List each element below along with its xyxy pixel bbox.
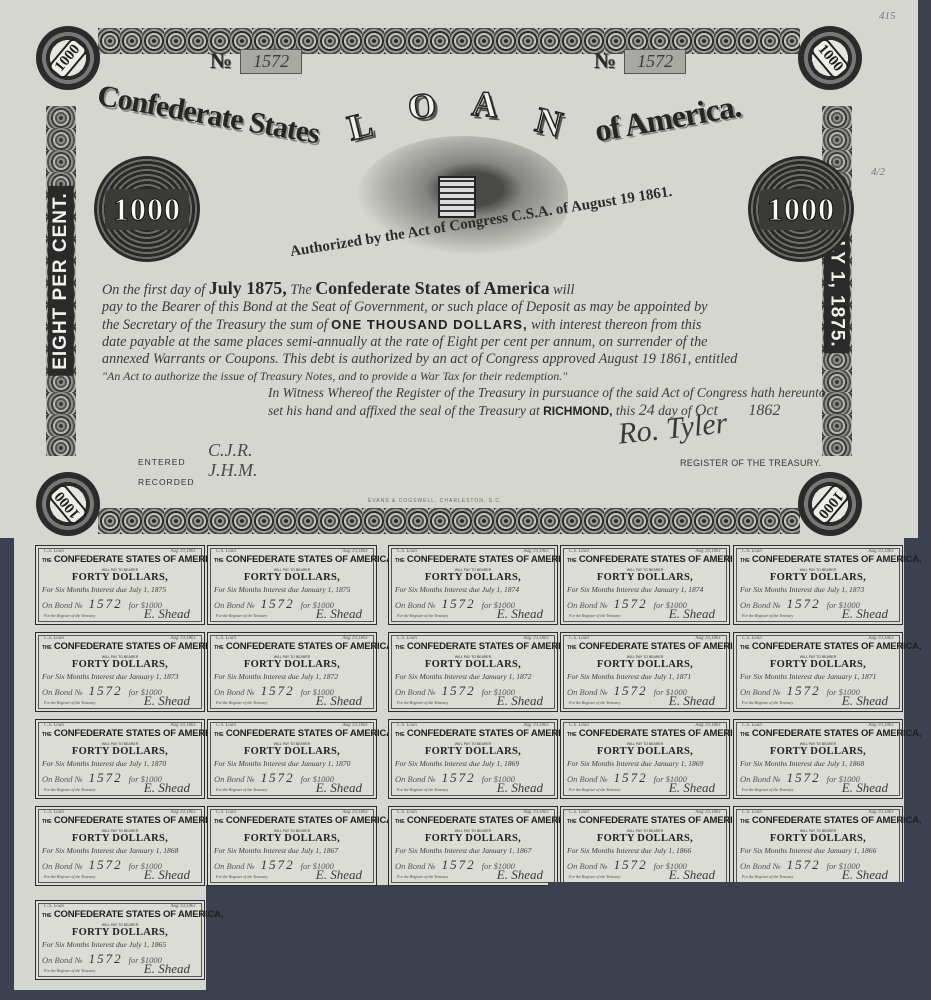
coupon-due-date: For Six Months Interest due January 1, 1…	[567, 585, 723, 594]
shield-icon	[438, 176, 476, 218]
coupon-title: THE CONFEDERATE STATES OF AMERICA,	[42, 815, 198, 826]
coupon-due-date: For Six Months Interest due July 1, 1866	[567, 846, 723, 855]
coupon-register-label: For the Register of the Treasury	[44, 613, 95, 618]
coupon-register-label: For the Register of the Treasury	[397, 787, 448, 792]
bond-body-text: On the first day of July 1875, The Confe…	[102, 280, 808, 385]
coupon-title: THE CONFEDERATE STATES OF AMERICA,	[395, 815, 551, 826]
coupon-amount: FORTY DOLLARS,	[734, 833, 902, 844]
coupon-amount: FORTY DOLLARS,	[389, 746, 557, 757]
coupon-title: THE CONFEDERATE STATES OF AMERICA,	[214, 728, 370, 739]
coupon-title: THE CONFEDERATE STATES OF AMERICA,	[214, 641, 370, 652]
corner-denomination-icon: 1000	[798, 472, 862, 536]
coupon-signature: E. Shead	[316, 867, 362, 883]
interest-coupon: C.S. LoanAug 19,1861THE CONFEDERATE STAT…	[388, 719, 558, 799]
coupon-signature: E. Shead	[669, 606, 715, 622]
coupon-register-label: For the Register of the Treasury	[569, 787, 620, 792]
coupon-due-date: For Six Months Interest due July 1, 1875	[42, 585, 198, 594]
interest-coupon: C.S. LoanAug 19,1861THE CONFEDERATE STAT…	[733, 545, 903, 625]
coupon-amount: FORTY DOLLARS,	[389, 572, 557, 583]
corner-denomination-icon: 1000	[36, 26, 100, 90]
maturity-date: July 1875,	[209, 278, 287, 298]
coupon-register-label: For the Register of the Treasury	[397, 700, 448, 705]
coupon-register-label: For the Register of the Treasury	[44, 874, 95, 879]
coupon-register-label: For the Register of the Treasury	[216, 700, 267, 705]
coupon-title: THE CONFEDERATE STATES OF AMERICA,	[42, 554, 198, 565]
coupon-title: THE CONFEDERATE STATES OF AMERICA,	[740, 554, 896, 565]
coupon-amount: FORTY DOLLARS,	[734, 746, 902, 757]
interest-coupon: C.S. LoanAug 19,1861THE CONFEDERATE STAT…	[35, 900, 205, 980]
ornamental-border-top	[98, 28, 800, 54]
principal-amount: ONE THOUSAND DOLLARS,	[331, 317, 528, 332]
coupon-signature: E. Shead	[144, 867, 190, 883]
coupon-due-date: For Six Months Interest due January 1, 1…	[740, 672, 896, 681]
coupon-due-date: For Six Months Interest due January 1, 1…	[214, 585, 370, 594]
coupon-due-date: For Six Months Interest due July 1, 1869	[395, 759, 551, 768]
coupon-amount: FORTY DOLLARS,	[734, 659, 902, 670]
coupon-register-label: For the Register of the Treasury	[44, 787, 95, 792]
issue-year: 1862	[748, 402, 780, 419]
printer-imprint: EVANS & COGSWELL, CHARLESTON, S.C.	[368, 498, 502, 504]
denomination-medallion-left: 1000	[94, 156, 200, 262]
coupon-signature: E. Shead	[842, 780, 888, 796]
coupon-register-label: For the Register of the Treasury	[742, 874, 793, 879]
coupon-register-label: For the Register of the Treasury	[742, 613, 793, 618]
coupon-signature: E. Shead	[497, 606, 543, 622]
interest-coupon: C.S. LoanAug 19,1861THE CONFEDERATE STAT…	[560, 632, 730, 712]
coupon-title: THE CONFEDERATE STATES OF AMERICA,	[567, 641, 723, 652]
corner-denomination-icon: 1000	[798, 26, 862, 90]
coupon-signature: E. Shead	[316, 780, 362, 796]
serial-value: 1572	[624, 49, 686, 74]
pencil-note: 415	[879, 10, 896, 22]
interest-coupon: C.S. LoanAug 19,1861THE CONFEDERATE STAT…	[35, 545, 205, 625]
coupon-signature: E. Shead	[669, 867, 715, 883]
number-sign: №	[210, 48, 232, 74]
coupon-due-date: For Six Months Interest due January 1, 1…	[214, 759, 370, 768]
interest-coupon: C.S. LoanAug 19,1861THE CONFEDERATE STAT…	[388, 806, 558, 886]
sheet-edge-gap	[548, 882, 908, 892]
coupon-signature: E. Shead	[497, 780, 543, 796]
coupon-register-label: For the Register of the Treasury	[569, 700, 620, 705]
bond-certificate: EIGHT PER CENT. JULY 1, 1875. 1000 1000 …	[38, 28, 860, 534]
coupon-signature: E. Shead	[842, 606, 888, 622]
interest-coupon: C.S. LoanAug 19,1861THE CONFEDERATE STAT…	[207, 632, 377, 712]
coupon-due-date: For Six Months Interest due July 1, 1873	[740, 585, 896, 594]
coupon-due-date: For Six Months Interest due January 1, 1…	[42, 846, 198, 855]
coupon-due-date: For Six Months Interest due January 1, 1…	[395, 846, 551, 855]
coupon-register-label: For the Register of the Treasury	[216, 787, 267, 792]
coupon-register-label: For the Register of the Treasury	[216, 613, 267, 618]
corner-denomination-icon: 1000	[36, 472, 100, 536]
interest-rate-label: EIGHT PER CENT.	[48, 186, 74, 376]
coupon-signature: E. Shead	[842, 867, 888, 883]
coupon-title: THE CONFEDERATE STATES OF AMERICA,	[42, 641, 198, 652]
interest-coupon: C.S. LoanAug 19,1861THE CONFEDERATE STAT…	[560, 545, 730, 625]
coupon-register-label: For the Register of the Treasury	[569, 874, 620, 879]
coupon-register-label: For the Register of the Treasury	[44, 968, 95, 973]
coupon-due-date: For Six Months Interest due January 1, 1…	[740, 846, 896, 855]
coupon-due-date: For Six Months Interest due January 1, 1…	[567, 759, 723, 768]
coupon-amount: FORTY DOLLARS,	[734, 572, 902, 583]
coupon-amount: FORTY DOLLARS,	[208, 833, 376, 844]
coupon-title: THE CONFEDERATE STATES OF AMERICA,	[740, 728, 896, 739]
coupon-register-label: For the Register of the Treasury	[742, 700, 793, 705]
coupon-amount: FORTY DOLLARS,	[208, 659, 376, 670]
coupon-amount: FORTY DOLLARS,	[561, 746, 729, 757]
coupon-signature: E. Shead	[497, 867, 543, 883]
coupon-register-label: For the Register of the Treasury	[742, 787, 793, 792]
denomination-medallion-right: 1000	[748, 156, 854, 262]
coupon-amount: FORTY DOLLARS,	[36, 927, 204, 938]
coupon-signature: E. Shead	[669, 780, 715, 796]
coupon-amount: FORTY DOLLARS,	[36, 833, 204, 844]
coupon-title: THE CONFEDERATE STATES OF AMERICA,	[214, 554, 370, 565]
coupon-signature: E. Shead	[316, 693, 362, 709]
side-panel-right: JULY 1, 1875.	[822, 106, 852, 456]
coupon-signature: E. Shead	[144, 693, 190, 709]
coupon-amount: FORTY DOLLARS,	[561, 833, 729, 844]
coupon-signature: E. Shead	[842, 693, 888, 709]
pencil-note: 4/2	[871, 166, 885, 178]
coupon-signature: E. Shead	[669, 693, 715, 709]
coupon-amount: FORTY DOLLARS,	[561, 572, 729, 583]
interest-coupon: C.S. LoanAug 19,1861THE CONFEDERATE STAT…	[207, 545, 377, 625]
coupon-register-label: For the Register of the Treasury	[44, 700, 95, 705]
interest-coupon: C.S. LoanAug 19,1861THE CONFEDERATE STAT…	[733, 806, 903, 886]
coupon-title: THE CONFEDERATE STATES OF AMERICA,	[42, 728, 198, 739]
coupon-title: THE CONFEDERATE STATES OF AMERICA,	[395, 728, 551, 739]
witness-clause: In Witness Whereof the Register of the T…	[268, 384, 826, 420]
serial-value: 1572	[240, 49, 302, 74]
coupon-title: THE CONFEDERATE STATES OF AMERICA,	[740, 815, 896, 826]
interest-coupon: C.S. LoanAug 19,1861THE CONFEDERATE STAT…	[207, 806, 377, 886]
interest-coupon: C.S. LoanAug 19,1861THE CONFEDERATE STAT…	[560, 719, 730, 799]
number-sign: №	[594, 48, 616, 74]
side-panel-left: EIGHT PER CENT.	[46, 106, 76, 456]
interest-coupon: C.S. LoanAug 19,1861THE CONFEDERATE STAT…	[207, 719, 377, 799]
title-confederate-states: Confederate States	[95, 79, 322, 151]
coupon-amount: FORTY DOLLARS,	[389, 659, 557, 670]
interest-coupon: C.S. LoanAug 19,1861THE CONFEDERATE STAT…	[733, 719, 903, 799]
register-label: REGISTER OF THE TREASURY.	[680, 458, 821, 468]
issuer-name: Confederate States of America	[315, 278, 549, 298]
coupon-register-label: For the Register of the Treasury	[397, 613, 448, 618]
coupon-title: THE CONFEDERATE STATES OF AMERICA,	[740, 641, 896, 652]
coupon-title: THE CONFEDERATE STATES OF AMERICA,	[567, 728, 723, 739]
city: RICHMOND,	[543, 404, 612, 418]
entered-recorded-labels: ENTERED RECORDED	[138, 452, 195, 492]
coupon-amount: FORTY DOLLARS,	[561, 659, 729, 670]
interest-coupon: C.S. LoanAug 19,1861THE CONFEDERATE STAT…	[388, 632, 558, 712]
coupon-signature: E. Shead	[497, 693, 543, 709]
coupon-amount: FORTY DOLLARS,	[36, 659, 204, 670]
interest-coupon: C.S. LoanAug 19,1861THE CONFEDERATE STAT…	[35, 719, 205, 799]
serial-number-right: № 1572	[594, 48, 686, 74]
coupon-due-date: For Six Months Interest due July 1, 1865	[42, 940, 198, 949]
interest-coupon: C.S. LoanAug 19,1861THE CONFEDERATE STAT…	[388, 545, 558, 625]
coupon-amount: FORTY DOLLARS,	[389, 833, 557, 844]
interest-coupon: C.S. LoanAug 19,1861THE CONFEDERATE STAT…	[560, 806, 730, 886]
ornamental-border-bottom	[98, 508, 800, 534]
coupon-signature: E. Shead	[144, 961, 190, 977]
serial-number-left: № 1572	[210, 48, 302, 74]
coupon-due-date: For Six Months Interest due July 1, 1868	[740, 759, 896, 768]
coupon-due-date: For Six Months Interest due July 1, 1870	[42, 759, 198, 768]
coupon-signature: E. Shead	[316, 606, 362, 622]
coupon-amount: FORTY DOLLARS,	[208, 572, 376, 583]
coupon-title: THE CONFEDERATE STATES OF AMERICA,	[214, 815, 370, 826]
coupon-due-date: For Six Months Interest due July 1, 1867	[214, 846, 370, 855]
coupon-register-label: For the Register of the Treasury	[216, 874, 267, 879]
coupon-title: THE CONFEDERATE STATES OF AMERICA,	[42, 909, 198, 920]
title-of-america: of America.	[592, 88, 743, 150]
coupon-amount: FORTY DOLLARS,	[208, 746, 376, 757]
coupon-signature: E. Shead	[144, 780, 190, 796]
coupon-register-label: For the Register of the Treasury	[397, 874, 448, 879]
coupon-title: THE CONFEDERATE STATES OF AMERICA,	[395, 641, 551, 652]
interest-coupon: C.S. LoanAug 19,1861THE CONFEDERATE STAT…	[35, 632, 205, 712]
coupon-signature: E. Shead	[144, 606, 190, 622]
coupon-register-label: For the Register of the Treasury	[569, 613, 620, 618]
coupon-title: THE CONFEDERATE STATES OF AMERICA,	[567, 815, 723, 826]
coupon-title: THE CONFEDERATE STATES OF AMERICA,	[395, 554, 551, 565]
coupon-amount: FORTY DOLLARS,	[36, 746, 204, 757]
coupon-due-date: For Six Months Interest due July 1, 1874	[395, 585, 551, 594]
coupon-due-date: For Six Months Interest due January 1, 1…	[42, 672, 198, 681]
coupon-due-date: For Six Months Interest due January 1, 1…	[395, 672, 551, 681]
coupon-title: THE CONFEDERATE STATES OF AMERICA,	[567, 554, 723, 565]
coupon-amount: FORTY DOLLARS,	[36, 572, 204, 583]
coupon-due-date: For Six Months Interest due July 1, 1871	[567, 672, 723, 681]
clerk-initials: C.J.R. J.H.M.	[208, 440, 257, 480]
coupon-due-date: For Six Months Interest due July 1, 1872	[214, 672, 370, 681]
interest-coupon: C.S. LoanAug 19,1861THE CONFEDERATE STAT…	[733, 632, 903, 712]
interest-coupon: C.S. LoanAug 19,1861THE CONFEDERATE STAT…	[35, 806, 205, 886]
title-loan: L O A N	[348, 83, 578, 143]
